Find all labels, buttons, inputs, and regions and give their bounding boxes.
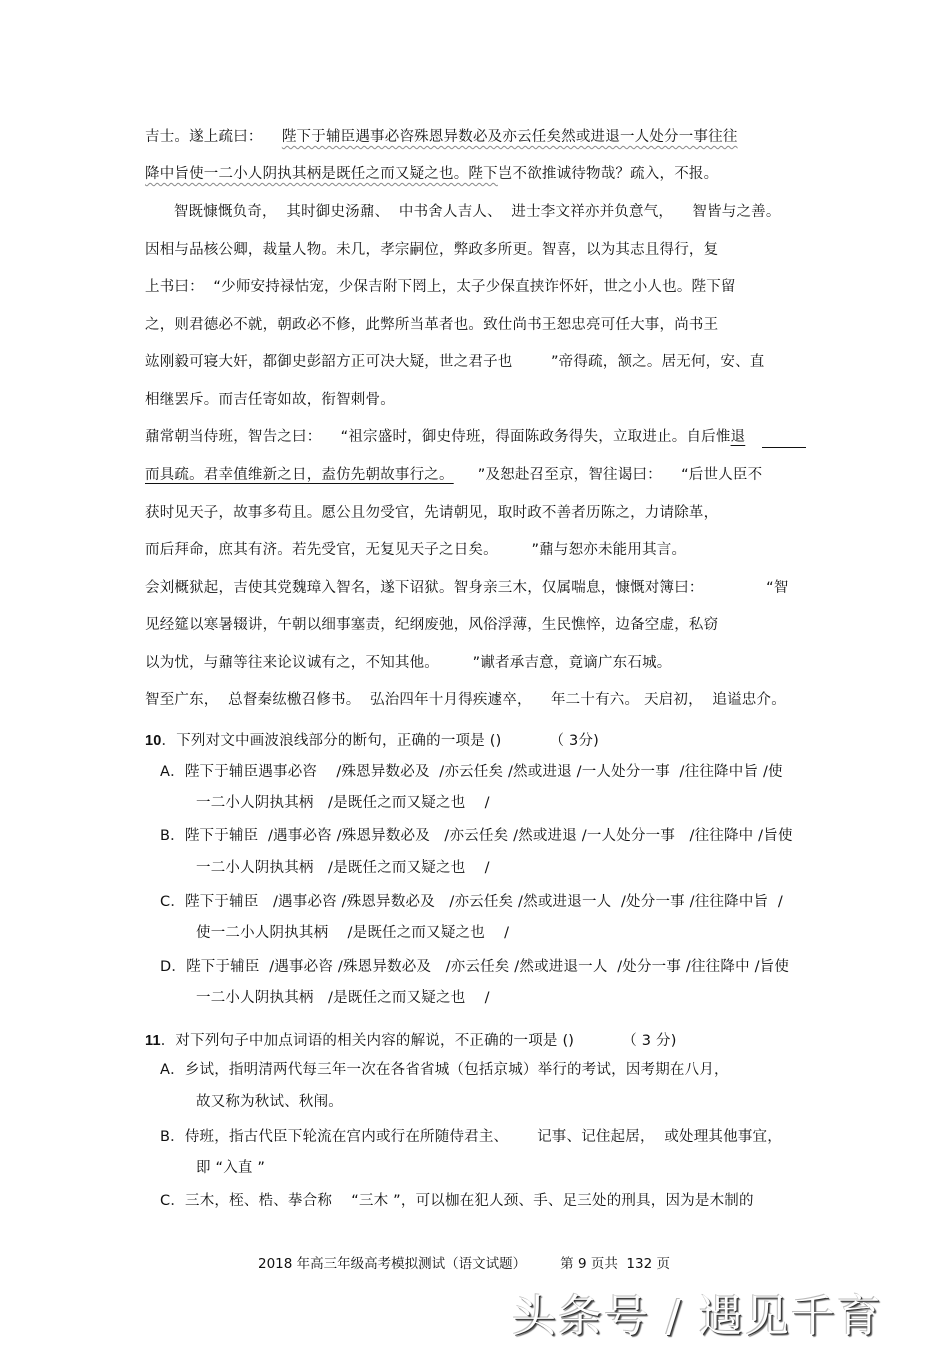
page-number: 第 9 页共 132 页	[560, 1256, 670, 1272]
underlined-text: 而具疏。君幸值维新之日，盍仿先朝故事行之。	[145, 467, 454, 483]
passage-line: 而后拜命，庶其有济。若先受官，无复见天子之日矣。 ”鼐与恕亦未能用其言。	[145, 540, 686, 560]
option-continuation: 一二小人阴执其柄 /是既任之而又疑之也 /	[196, 858, 490, 878]
passage-line: 鼐常朝当侍班，智告之曰： “祖宗盛时，御史侍班，得面陈政务得失，立取进止。自后惟…	[145, 427, 745, 447]
passage-line: 获时见天子，故事多苟且。愿公且勿受官，先请朝见，取时政不善者历陈之，力请除革，	[145, 503, 718, 523]
question-text: ．下列对文中画波浪线部分的断句，正确的一项是 () （ 3分)	[162, 733, 600, 749]
option-text: ．陛下于辅臣 /遇事必咨 /殊恩异数必及 /亦云任矣 /然或进退 /一人处分一事…	[170, 828, 793, 844]
option-continuation: 即 “入直 ”	[196, 1158, 265, 1178]
underlined-text: 退	[731, 429, 746, 445]
option-letter: A	[160, 764, 170, 780]
option-continuation: 使一二小人阴执其柄 /是既任之而又疑之也 /	[196, 923, 509, 943]
option-continuation: 一二小人阴执其柄 /是既任之而又疑之也 /	[196, 988, 490, 1008]
option-letter: B	[160, 1129, 170, 1145]
passage-line: 因相与品核公卿，裁量人物。未几，孝宗嗣位，弊政多所更。智喜，以为其志且得行，复	[145, 240, 718, 260]
option-text: ．乡试，指明清两代每三年一次在各省省城（包括京城）举行的考试，因考期在八月，	[170, 1062, 729, 1078]
underline-rule	[762, 447, 806, 448]
question-11-option-a: A．乡试，指明清两代每三年一次在各省省城（包括京城）举行的考试，因考期在八月，	[160, 1060, 729, 1080]
passage-line: 会刘概狱起，吉使其党魏璋入智名，遂下诏狱。智身亲三木，仅属喘息，慷慨对簿曰： “…	[145, 578, 789, 598]
question-text: ．对下列句子中加点词语的相关内容的解说，不正确的一项是 () （ 3 分)	[161, 1033, 677, 1049]
passage-text: 岂不欲推诚待物哉？疏入，不报。	[498, 166, 719, 182]
question-10-option-d: D．陛下于辅臣 /遇事必咨 /殊恩异数必及 /亦云任矣 /然或进退一人 /处分一…	[160, 957, 789, 977]
question-10-option-a: A．陛下于辅臣遇事必咨 /殊恩异数必及 /亦云任矣 /然或进退 /一人处分一事 …	[160, 762, 783, 782]
question-10-option-b: B．陛下于辅臣 /遇事必咨 /殊恩异数必及 /亦云任矣 /然或进退 /一人处分一…	[160, 826, 793, 846]
option-continuation: 一二小人阴执其柄 /是既任之而又疑之也 /	[196, 793, 490, 813]
option-text: ．陛下于辅臣 /遇事必咨 /殊恩异数必及 /亦云任矣 /然或进退一人 /处分一事…	[170, 894, 783, 910]
option-letter: A	[160, 1062, 170, 1078]
question-10-option-c: C．陛下于辅臣 /遇事必咨 /殊恩异数必及 /亦云任矣 /然或进退一人 /处分一…	[160, 892, 783, 912]
question-11-option-c: C．三木，桎、梏、拲合称 “三木 ”，可以枷在犯人颈、手、足三处的刑具，因为是木…	[160, 1191, 754, 1211]
wavy-underlined-text: 降中旨使一二小人阴执其柄是既任之而又疑之也。陛下	[145, 166, 498, 182]
option-text: ．陛下于辅臣遇事必咨 /殊恩异数必及 /亦云任矣 /然或进退 /一人处分一事 /…	[170, 764, 783, 780]
option-letter: D	[160, 959, 171, 975]
passage-line: 以为忧，与鼐等往来论议诚有之，不知其他。 ”谳者承吉意，竟谪广东石城。	[145, 653, 671, 673]
passage-line: 相继罢斥。而吉任寄如故，衔智刺骨。	[145, 390, 395, 410]
passage-text: ”及恕赴召至京，智往谒曰： “后世人臣不	[454, 467, 763, 483]
passage-text: 吉士。遂上疏曰：	[145, 129, 282, 145]
passage-line: 智既慷慨负奇， 其时御史汤鼐、 中书舍人吉人、 进士李文祥亦并负意气， 智皆与之…	[145, 202, 781, 222]
passage-line: 降中旨使一二小人阴执其柄是既任之而又疑之也。陛下岂不欲推诚待物哉？疏入，不报。	[145, 164, 718, 184]
passage-line: 见经筵以寒暑辍讲，午朝以细事塞责，纪纲废弛，风俗浮薄，生民憔悴，边备空虚，私窃	[145, 615, 718, 635]
passage-line: 而具疏。君幸值维新之日，盍仿先朝故事行之。 ”及恕赴召至京，智往谒曰： “后世人…	[145, 465, 762, 485]
question-number: 10	[145, 733, 162, 749]
passage-line: 上书曰： “少师安持禄怙宠，少保吉附下罔上，太子少保直挟诈怀奸，世之小人也。陛下…	[145, 277, 736, 297]
question-11-stem: 11．对下列句子中加点词语的相关内容的解说，不正确的一项是 () （ 3 分)	[145, 1031, 677, 1051]
option-letter: C	[160, 1193, 170, 1209]
page-footer: 2018 年高三年级高考模拟测试（语文试题）第 9 页共 132 页	[258, 1252, 670, 1272]
option-text: ．侍班，指古代臣下轮流在宫内或行在所随侍君主、 记事、记住起居， 或处理其他事宜…	[170, 1129, 782, 1145]
option-letter: C	[160, 894, 170, 910]
passage-line: 竑刚毅可寝大奸，都御史彭韶方正可决大疑，世之君子也 ”帝得疏，颔之。居无何，安、…	[145, 352, 764, 372]
exam-title: 2018 年高三年级高考模拟测试（语文试题）	[258, 1256, 526, 1272]
option-text: ．陛下于辅臣 /遇事必咨 /殊恩异数必及 /亦云任矣 /然或进退一人 /处分一事…	[171, 959, 789, 975]
question-10-stem: 10．下列对文中画波浪线部分的断句，正确的一项是 () （ 3分)	[145, 731, 599, 751]
watermark: 头条号 / 遇见千育	[512, 1280, 883, 1344]
option-letter: B	[160, 828, 170, 844]
passage-line: 吉士。遂上疏曰： 陛下于辅臣遇事必咨殊恩异数必及亦云任矣然或进退一人处分一事往往	[145, 127, 738, 147]
question-number: 11	[145, 1033, 161, 1049]
option-continuation: 故又称为秋试、秋闱。	[196, 1092, 343, 1112]
question-11-option-b: B．侍班，指古代臣下轮流在宫内或行在所随侍君主、 记事、记住起居， 或处理其他事…	[160, 1127, 782, 1147]
passage-text: 鼐常朝当侍班，智告之曰： “祖宗盛时，御史侍班，得面陈政务得失，立取进止。自后惟	[145, 429, 731, 445]
option-text: ．三木，桎、梏、拲合称 “三木 ”，可以枷在犯人颈、手、足三处的刑具，因为是木制…	[170, 1193, 753, 1209]
passage-line: 之，则君德必不就，朝政必不修，此弊所当革者也。致仕尚书王恕忠亮可任大事，尚书王	[145, 315, 718, 335]
wavy-underlined-text: 陛下于辅臣遇事必咨殊恩异数必及亦云任矣然或进退一人处分一事往往	[282, 129, 738, 145]
passage-line: 智至广东， 总督秦纮檄召修书。 弘治四年十月得疾遽卒， 年二十有六。 天启初， …	[145, 690, 786, 710]
